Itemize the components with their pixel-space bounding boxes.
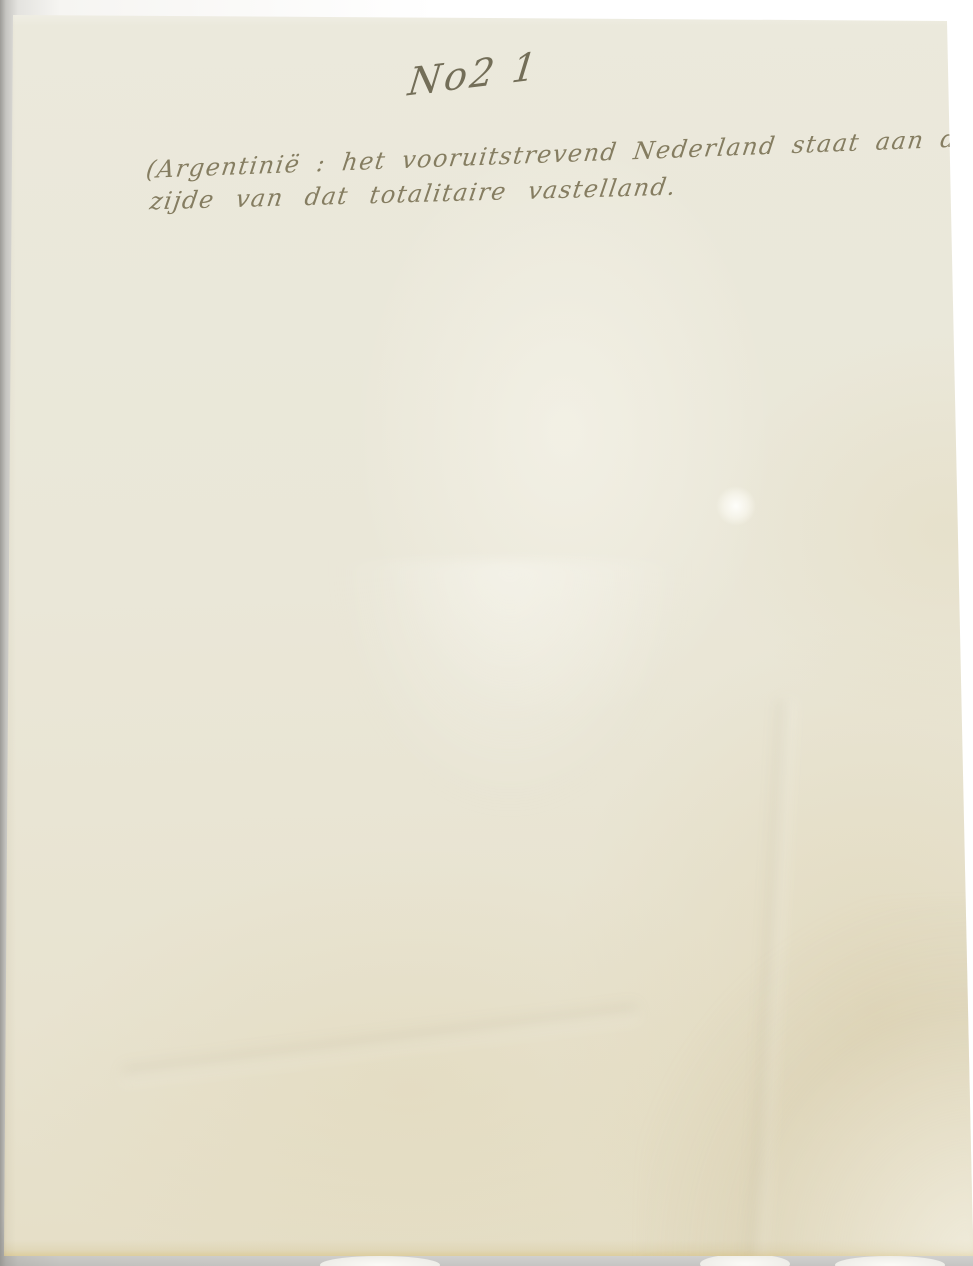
paper-sheen (300, 560, 720, 860)
paper-crease (743, 700, 798, 1261)
page-number-annotation: No2 1 (406, 43, 542, 104)
paper-crease (120, 998, 639, 1087)
photo-backdrop: No2 1 (Argentinië : het vooruitstrevend … (0, 0, 973, 1266)
handwritten-line-1: (Argentinië : het vooruitstrevend Nederl… (144, 124, 973, 184)
paper-scrap (835, 1256, 945, 1266)
paper-crease (640, 900, 973, 1260)
paper-scrap (320, 1256, 440, 1266)
paper-sheet: No2 1 (Argentinië : het vooruitstrevend … (0, 0, 973, 1266)
handwritten-line-2: zijde van dat totalitaire vastelland. (148, 173, 679, 216)
